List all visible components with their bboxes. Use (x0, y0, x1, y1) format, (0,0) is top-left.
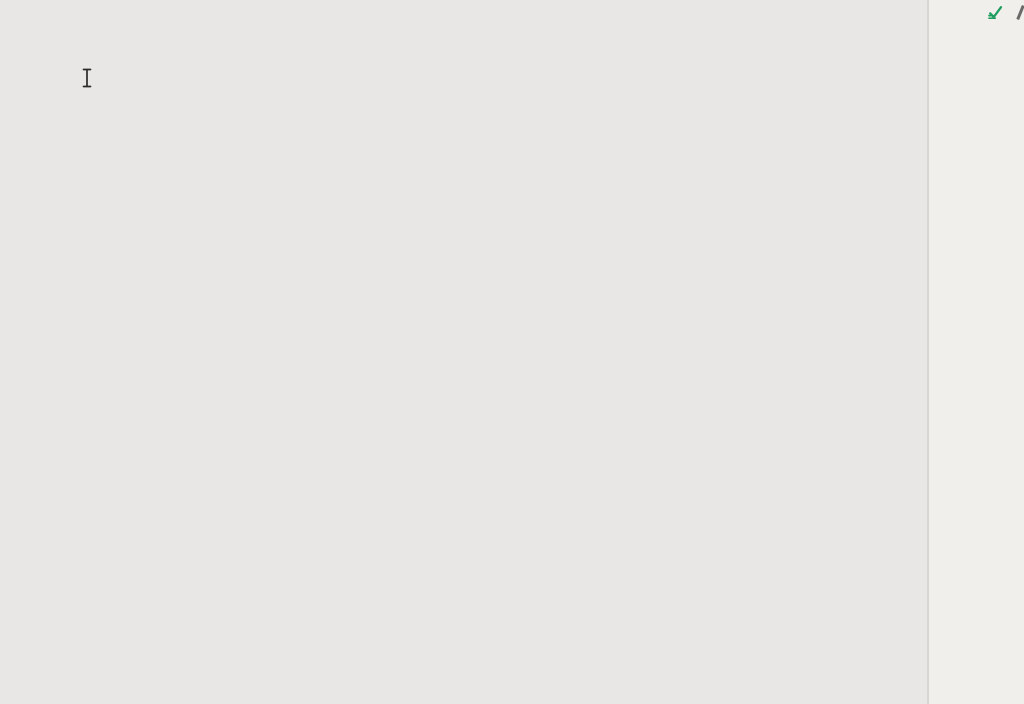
page-right-margin (929, 0, 1024, 704)
text-cursor-pointer (82, 68, 92, 88)
document-body[interactable] (0, 0, 1010, 3)
document-canvas (0, 0, 1024, 704)
page-boundary-line (927, 0, 929, 704)
edit-status-icon[interactable] (987, 5, 1003, 20)
topbar (987, 2, 1024, 22)
clipped-toolbar-icon[interactable] (1015, 5, 1024, 20)
